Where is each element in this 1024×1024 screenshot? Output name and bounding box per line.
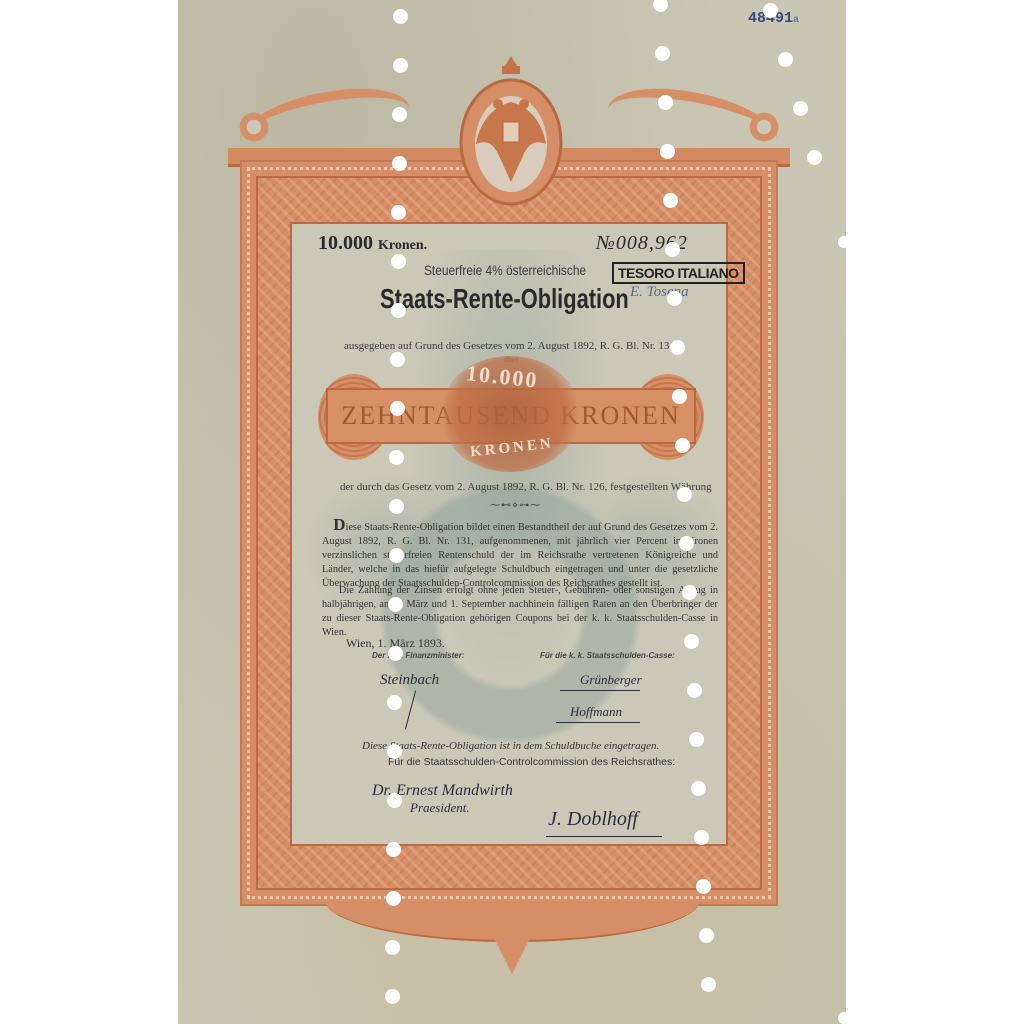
punch-hole	[670, 340, 685, 355]
punch-hole	[385, 989, 400, 1004]
flourish-divider: ⁓⊷⋄⊶⁓	[490, 500, 541, 511]
punch-hole	[699, 928, 714, 943]
punch-hole	[388, 646, 403, 661]
punch-hole	[387, 793, 402, 808]
punch-hole	[658, 95, 673, 110]
punch-hole	[389, 548, 404, 563]
finance-minister-label: Der k. k. Finanzminister:	[372, 651, 464, 660]
registration-note: Diese Staats-Rente-Obligation ist in dem…	[362, 740, 659, 752]
punch-hole	[689, 732, 704, 747]
control-commission-label: Für die Staatsschulden-Controlcommission…	[388, 756, 675, 768]
punch-hole	[393, 58, 408, 73]
subtitle: Steuerfreie 4% österreichische	[424, 262, 586, 278]
terms-paragraph-1: Diese Staats-Rente-Obligation bildet ein…	[322, 518, 718, 591]
double-eagle-crest-icon	[452, 52, 570, 212]
commission-member-signature: J. Doblhoff	[548, 808, 638, 831]
punch-hole	[387, 744, 402, 759]
terms-paragraph-2: Die Zahlung der Zinsen erfolgt ohne jede…	[322, 584, 718, 640]
commission-president-title: Praesident.	[410, 800, 470, 816]
punch-hole	[682, 585, 697, 600]
paper-edge-notch	[838, 236, 850, 248]
punch-hole	[793, 101, 808, 116]
scroll-ornament-left	[236, 112, 272, 142]
punch-hole	[763, 3, 778, 18]
debt-office-label: Für die k. k. Staatsschulden-Casse:	[540, 651, 675, 660]
signature-underline	[546, 836, 662, 837]
paper-edge-notch	[838, 1012, 850, 1024]
casse-signature-1: Grünberger	[580, 672, 642, 688]
punch-hole	[390, 401, 405, 416]
punch-hole	[392, 156, 407, 171]
drop-cap: D	[333, 515, 345, 534]
punch-hole	[687, 683, 702, 698]
punch-hole	[778, 52, 793, 67]
punch-hole	[393, 9, 408, 24]
casse-signature-2: Hoffmann	[570, 704, 622, 720]
tesoro-italiano-stamp: TESORO ITALIANO	[612, 262, 745, 284]
finance-minister-signature: Steinbach	[380, 672, 439, 689]
signature-underline	[560, 690, 640, 691]
document-title: Staats-Rente-Obligation	[380, 283, 629, 315]
punch-hole	[391, 254, 406, 269]
signature-underline	[556, 722, 640, 723]
punch-hole	[694, 830, 709, 845]
punch-hole	[701, 977, 716, 992]
punch-hole	[386, 891, 401, 906]
scroll-ornament-right	[746, 112, 782, 142]
paragraph-2-text: Die Zahlung der Zinsen erfolgt ohne jede…	[322, 585, 718, 638]
paragraph-1-text: iese Staats-Rente-Obligation bildet eine…	[322, 522, 718, 589]
issued-line: ausgegeben auf Grund des Gesetzes vom 2.…	[344, 340, 678, 352]
punch-hole	[663, 193, 678, 208]
currency-line: der durch das Gesetz vom 2. August 1892,…	[340, 481, 712, 493]
punch-hole	[675, 438, 690, 453]
punch-hole	[391, 303, 406, 318]
punch-hole	[665, 242, 680, 257]
face-amount: 10.000 Kronen.	[318, 232, 427, 255]
punch-hole	[389, 499, 404, 514]
punch-hole	[677, 487, 692, 502]
